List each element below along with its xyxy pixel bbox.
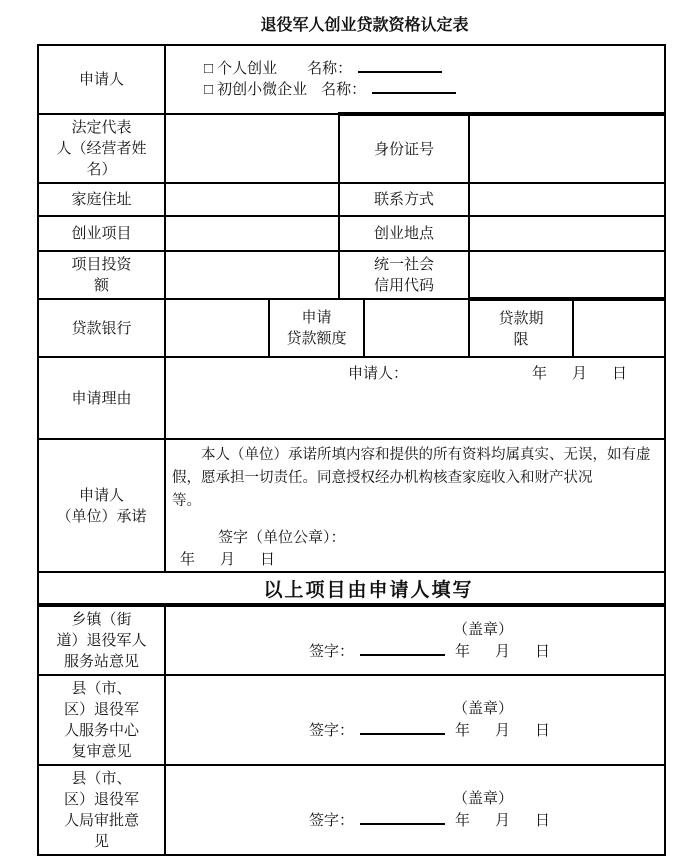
qualification-form-table: 申请人 □个人创业名称： □初创小微企业名称： 法定代表 人（经营者姓 名） 身… <box>37 44 666 856</box>
form-title: 退役军人创业贷款资格认定表 <box>0 0 699 35</box>
township-sign-label: 签字： <box>309 643 354 660</box>
commitment-sign-label: 签字（单位公章）： <box>166 527 664 549</box>
county-approval-signature-line: 签字：年 月 日 <box>166 810 664 832</box>
county-review-stamp-text: （盖章） <box>166 698 664 720</box>
township-opinion-row: 乡镇（街 道）退役军人 服务站意见 （盖章） 签字：年 月 日 <box>38 605 665 675</box>
applicant-label: 申请人 <box>38 45 165 114</box>
business-location-input-cell[interactable] <box>469 216 665 251</box>
id-number-label: 身份证号 <box>339 114 469 183</box>
loan-amount-input-cell[interactable] <box>364 299 469 357</box>
business-location-label: 创业地点 <box>339 216 469 251</box>
startup-business-checkbox-icon[interactable]: □ <box>204 81 213 98</box>
home-address-input-cell[interactable] <box>165 183 339 216</box>
option-startup-business: □初创小微企业名称： <box>204 79 664 100</box>
loan-row: 贷款银行 申请 贷款额度 贷款期 限 <box>38 299 665 357</box>
legal-rep-label: 法定代表 人（经营者姓 名） <box>38 114 165 183</box>
divider-row: 以上项目由申请人填写 <box>38 572 665 605</box>
personal-business-text: 个人创业 <box>217 60 277 77</box>
county-review-signature-line: 签字：年 月 日 <box>166 720 664 742</box>
investment-row: 项目投资 额 统一社会 信用代码 <box>38 251 665 299</box>
form-page: 退役军人创业贷款资格认定表 申请人 □个人创业名称： □初创小微企业名称： 法定… <box>0 0 699 861</box>
loan-bank-input-cell[interactable] <box>165 299 269 357</box>
personal-name-blank-line[interactable] <box>358 58 442 73</box>
county-approval-signature-blank-line[interactable] <box>360 810 445 825</box>
reason-label: 申请理由 <box>38 357 165 439</box>
personal-business-checkbox-icon[interactable]: □ <box>204 60 213 77</box>
commitment-row: 申请人 （单位）承诺 本人（单位）承诺所填内容和提供的所有资料均属真实、无误，如… <box>38 439 665 572</box>
loan-term-input-cell[interactable] <box>573 299 665 357</box>
township-date-text: 年 月 日 <box>455 643 555 660</box>
county-review-opinion-label: 县（市、 区）退役军 人服务中心 复审意见 <box>38 675 165 765</box>
credit-code-label: 统一社会 信用代码 <box>339 251 469 299</box>
option-personal-business: □个人创业名称： <box>204 58 664 79</box>
contact-input-cell[interactable] <box>469 183 665 216</box>
personal-name-label: 名称： <box>307 60 352 77</box>
township-signature-blank-line[interactable] <box>360 641 445 656</box>
investment-input-cell[interactable] <box>165 251 339 299</box>
id-number-input-cell[interactable] <box>469 114 665 183</box>
applicant-row: 申请人 □个人创业名称： □初创小微企业名称： <box>38 45 665 114</box>
township-signature-line: 签字：年 月 日 <box>166 641 664 663</box>
applicant-options-cell: □个人创业名称： □初创小微企业名称： <box>165 45 665 114</box>
county-approval-sign-label: 签字： <box>309 812 354 829</box>
county-approval-date-text: 年 月 日 <box>455 812 555 829</box>
reason-applicant-label: 申请人： <box>348 363 408 384</box>
loan-amount-label: 申请 贷款额度 <box>269 299 364 357</box>
reason-content-cell[interactable]: 申请人： 年 月 日 <box>165 357 665 439</box>
township-opinion-label: 乡镇（街 道）退役军人 服务站意见 <box>38 605 165 675</box>
township-opinion-content-cell[interactable]: （盖章） 签字：年 月 日 <box>165 605 665 675</box>
loan-term-label: 贷款期 限 <box>469 299 573 357</box>
loan-bank-label: 贷款银行 <box>38 299 165 357</box>
applicant-section-divider: 以上项目由申请人填写 <box>38 572 665 605</box>
reason-date-text: 年 月 日 <box>532 363 632 384</box>
project-row: 创业项目 创业地点 <box>38 216 665 251</box>
startup-business-text: 初创小微企业 <box>217 81 307 98</box>
commitment-text: 本人（单位）承诺所填内容和提供的所有资料均属真实、无误，如有虚 假，愿承担一切责… <box>172 444 660 513</box>
county-review-date-text: 年 月 日 <box>455 722 555 739</box>
reason-row: 申请理由 申请人： 年 月 日 <box>38 357 665 439</box>
reason-signature-line: 申请人： 年 月 日 <box>166 358 664 384</box>
county-approval-stamp-text: （盖章） <box>166 788 664 810</box>
county-review-content-cell[interactable]: （盖章） 签字：年 月 日 <box>165 675 665 765</box>
startup-name-blank-line[interactable] <box>372 79 456 94</box>
business-project-input-cell[interactable] <box>165 216 339 251</box>
county-approval-opinion-label: 县（市、 区）退役军 人局审批意 见 <box>38 765 165 855</box>
commitment-content-cell: 本人（单位）承诺所填内容和提供的所有资料均属真实、无误，如有虚 假，愿承担一切责… <box>165 439 665 572</box>
credit-code-input-cell[interactable] <box>469 251 665 299</box>
home-address-row: 家庭住址 联系方式 <box>38 183 665 216</box>
county-review-signature-blank-line[interactable] <box>360 720 445 735</box>
county-approval-opinion-row: 县（市、 区）退役军 人局审批意 见 （盖章） 签字：年 月 日 <box>38 765 665 855</box>
township-stamp-text: （盖章） <box>166 619 664 641</box>
home-address-label: 家庭住址 <box>38 183 165 216</box>
county-review-sign-label: 签字： <box>309 722 354 739</box>
startup-name-label: 名称： <box>321 81 366 98</box>
contact-label: 联系方式 <box>339 183 469 216</box>
legal-rep-input-cell[interactable] <box>165 114 339 183</box>
investment-label: 项目投资 额 <box>38 251 165 299</box>
legal-rep-row: 法定代表 人（经营者姓 名） 身份证号 <box>38 114 665 183</box>
commitment-date-text: 年 月 日 <box>166 549 664 571</box>
commitment-label: 申请人 （单位）承诺 <box>38 439 165 572</box>
business-project-label: 创业项目 <box>38 216 165 251</box>
county-review-opinion-row: 县（市、 区）退役军 人服务中心 复审意见 （盖章） 签字：年 月 日 <box>38 675 665 765</box>
county-approval-content-cell[interactable]: （盖章） 签字：年 月 日 <box>165 765 665 855</box>
